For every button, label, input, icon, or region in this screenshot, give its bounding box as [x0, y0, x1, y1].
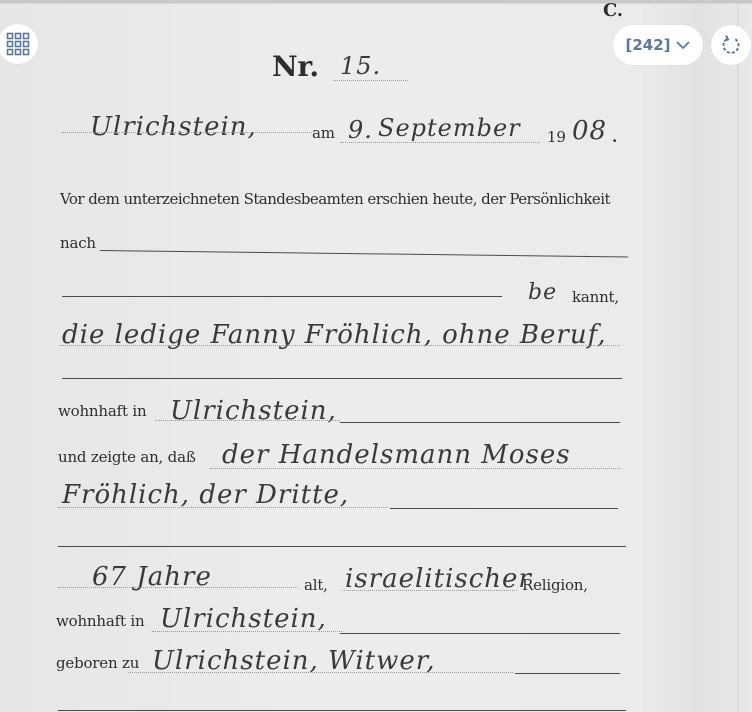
place-dotline — [62, 132, 312, 133]
document-page-image[interactable] — [0, 4, 752, 712]
residence-2-dotline — [152, 631, 342, 632]
birthplace-dotline — [128, 672, 513, 673]
reported-label: und zeigte an, daß — [58, 448, 196, 466]
blank-line-1 — [62, 378, 622, 379]
day-value: 9. — [348, 116, 373, 144]
residence-2-label: wohnhaft in — [56, 612, 144, 630]
residence-1-label: wohnhaft in — [58, 402, 146, 420]
religion-dotline — [342, 590, 517, 591]
residence-1-value: Ulrichstein, — [170, 396, 337, 426]
date-dotline — [340, 142, 540, 143]
residence-2-value: Ulrichstein, — [160, 604, 327, 634]
am-label: am — [312, 124, 335, 142]
birthplace-label: geboren zu — [56, 654, 139, 672]
rotate-button[interactable] — [711, 25, 751, 65]
bekannt-hand: be — [528, 280, 557, 305]
bekannt-line — [62, 296, 502, 297]
deceased-line2-value: Fröhlich, der Dritte, — [62, 480, 349, 510]
page-edge — [737, 4, 739, 712]
residence-1-dotline — [155, 420, 340, 421]
page-selector-value: [242] — [625, 36, 670, 54]
page-selector-dropdown[interactable]: [242] — [613, 25, 703, 65]
deceased-dotline-2 — [58, 507, 388, 508]
chevron-down-icon — [675, 39, 691, 51]
deceased-line1-value: der Handelsmann Moses — [222, 440, 571, 470]
age-label: alt, — [304, 576, 328, 594]
religion-label: Religion, — [522, 576, 588, 594]
age-dotline — [58, 587, 298, 588]
record-number-label: Nr. — [272, 50, 319, 83]
residence-1-line — [340, 422, 620, 423]
blank-line-2 — [58, 546, 626, 547]
bekannt-print: kannt, — [572, 288, 619, 306]
record-number-value: 15. — [340, 52, 381, 80]
grid-icon — [6, 32, 30, 56]
month-value: September — [378, 114, 521, 142]
place-value: Ulrichstein, — [90, 112, 257, 142]
informant-dotline — [60, 345, 620, 346]
blank-line-3 — [58, 710, 626, 711]
deceased-line-end — [390, 508, 618, 509]
intro-text: Vor dem unterzeichneten Standesbeamten e… — [60, 190, 610, 208]
residence-2-line — [340, 633, 620, 634]
birthplace-line — [515, 673, 620, 674]
year-prefix: 19 — [547, 128, 566, 146]
deceased-dotline-1 — [210, 468, 620, 469]
date-period: . — [612, 128, 617, 146]
nach-label: nach — [60, 234, 96, 252]
rotate-icon — [720, 34, 742, 56]
number-dotline — [333, 80, 408, 81]
year-suffix: 08 — [572, 116, 607, 146]
corner-mark: C. — [603, 0, 623, 21]
